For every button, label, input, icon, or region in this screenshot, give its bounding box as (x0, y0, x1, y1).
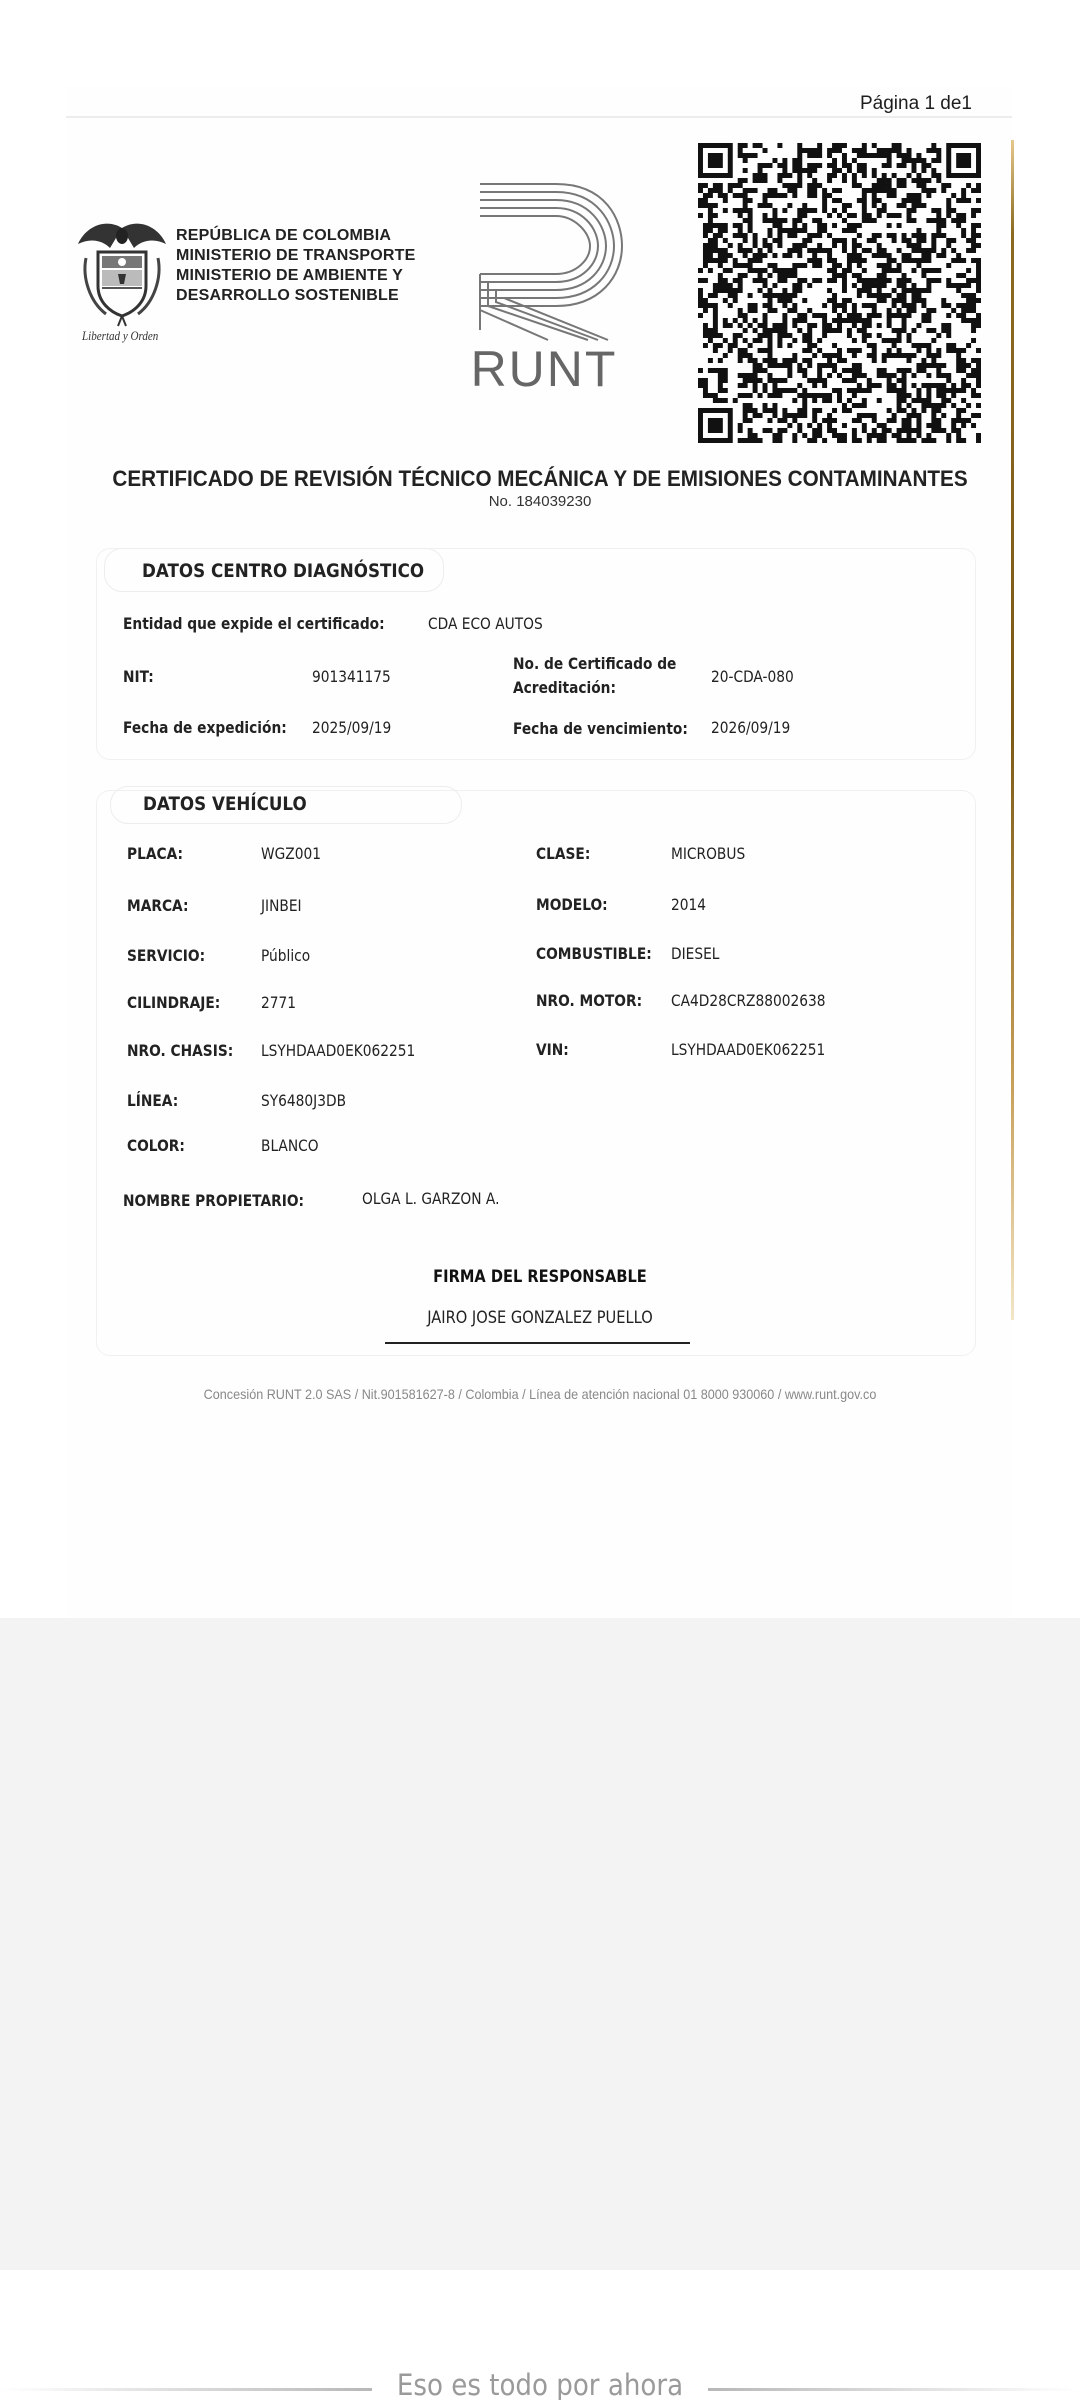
acreditacion-label: No. de Certificado de Acreditación: (513, 652, 685, 700)
page-indicator: Página 1 de1 (860, 93, 972, 115)
expedicion-label: Fecha de expedición: (123, 718, 287, 737)
vehiculo-field-value: LSYHDAAD0EK062251 (671, 1040, 825, 1059)
entidad-value: CDA ECO AUTOS (428, 614, 543, 633)
vehiculo-field-label: SERVICIO: (127, 946, 205, 965)
expedicion-value: 2025/09/19 (312, 718, 391, 737)
gray-spacer (0, 1618, 1080, 2270)
vehiculo-field-label: COLOR: (127, 1136, 185, 1155)
vehiculo-field-label: VIN: (536, 1040, 569, 1059)
certificate-number: No. 184039230 (0, 493, 1080, 510)
qr-code-icon (698, 143, 981, 443)
vehiculo-field-label: PLACA: (127, 844, 183, 863)
vehiculo-field-label: CILINDRAJE: (127, 993, 220, 1012)
gov-line: DESARROLLO SOSTENIBLE (176, 286, 415, 306)
government-header: REPÚBLICA DE COLOMBIA MINISTERIO DE TRAN… (176, 226, 415, 306)
certificate-title: CERTIFICADO DE REVISIÓN TÉCNICO MECÁNICA… (32, 466, 1047, 492)
vehiculo-field-label: COMBUSTIBLE: (536, 944, 652, 963)
vehiculo-field-value: CA4D28CRZ88002638 (671, 991, 826, 1010)
document-footer: Concesión RUNT 2.0 SAS / Nit.901581627-8… (54, 1386, 1026, 1402)
certificate-image: Página 1 de1 Libertad y Orden REPÚBLICA … (0, 0, 1080, 1618)
propietario-label: NOMBRE PROPIETARIO: (123, 1191, 304, 1210)
paper-edge (1011, 140, 1014, 1320)
gov-line: MINISTERIO DE AMBIENTE Y (176, 266, 415, 286)
vehiculo-field-value: LSYHDAAD0EK062251 (261, 1041, 415, 1060)
vehiculo-heading: DATOS VEHÍCULO (143, 793, 307, 815)
gov-line: REPÚBLICA DE COLOMBIA (176, 226, 415, 246)
vehiculo-field-value: WGZ001 (261, 844, 321, 863)
vehiculo-field-value: JINBEI (261, 896, 302, 915)
gov-line: MINISTERIO DE TRANSPORTE (176, 246, 415, 266)
nit-value: 901341175 (312, 667, 391, 686)
signature-line (385, 1342, 690, 1344)
vehiculo-field-label: LÍNEA: (127, 1091, 178, 1110)
vehiculo-field-label: NRO. MOTOR: (536, 991, 642, 1010)
vencimiento-label: Fecha de vencimiento: (513, 719, 688, 738)
firma-name: JAIRO JOSE GONZALEZ PUELLO (76, 1308, 1005, 1328)
vehiculo-field-value: SY6480J3DB (261, 1091, 346, 1110)
vehiculo-field-value: 2771 (261, 993, 296, 1012)
end-of-feed: Eso es todo por ahora (0, 2368, 1080, 2400)
vehiculo-field-value: BLANCO (261, 1136, 319, 1155)
vehiculo-field-label: MARCA: (127, 896, 188, 915)
vehiculo-field-label: NRO. CHASIS: (127, 1041, 233, 1060)
nit-label: NIT: (123, 667, 154, 686)
vehiculo-field-value: DIESEL (671, 944, 719, 963)
header-divider (66, 116, 1012, 118)
vehiculo-field-value: Público (261, 946, 310, 965)
coat-motto: Libertad y Orden (82, 328, 158, 344)
vencimiento-value: 2026/09/19 (711, 718, 790, 737)
centro-heading: DATOS CENTRO DIAGNÓSTICO (142, 560, 424, 582)
colombia-coat-of-arms-icon (76, 218, 168, 328)
vehiculo-field-value: MICROBUS (671, 844, 745, 863)
entidad-label: Entidad que expide el certificado: (123, 614, 385, 633)
propietario-value: OLGA L. GARZON A. (362, 1189, 499, 1208)
runt-wordmark: RUNT (456, 340, 632, 398)
acreditacion-value: 20-CDA-080 (711, 667, 794, 686)
end-message: Eso es todo por ahora (54, 2368, 1026, 2400)
vehiculo-field-label: MODELO: (536, 895, 608, 914)
vehiculo-field-value: 2014 (671, 895, 706, 914)
vehiculo-field-label: CLASE: (536, 844, 590, 863)
firma-heading: FIRMA DEL RESPONSABLE (76, 1267, 1005, 1287)
